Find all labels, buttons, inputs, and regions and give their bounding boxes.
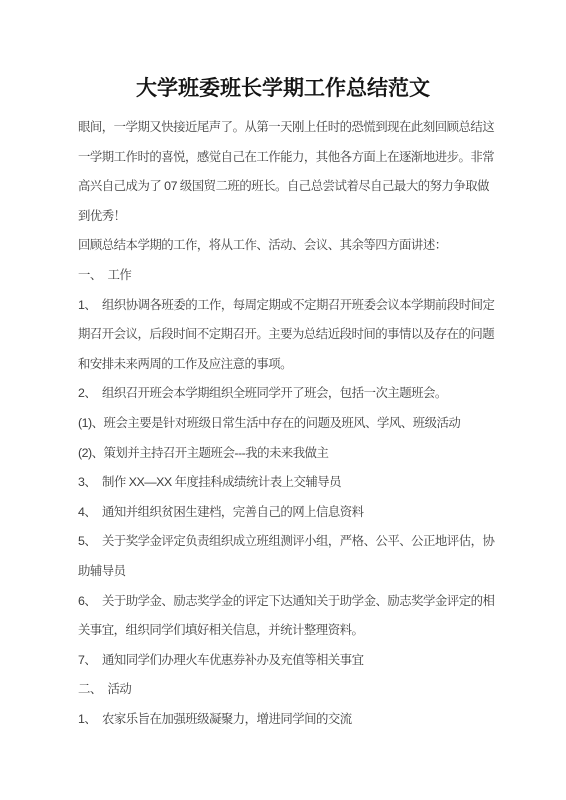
doc-line: 1、 组织协调各班委的工作，每周定期或不定期召开班委会议本学期前段时间定 bbox=[78, 291, 518, 321]
doc-line: 和安排未来两周的工作及应注意的事项。 bbox=[78, 350, 518, 380]
doc-line: 高兴自己成为了 07 级国贸二班的班长。自己总尝试着尽自己最大的努力争取做 bbox=[78, 172, 518, 202]
doc-line: 助辅导员 bbox=[78, 557, 518, 587]
document-body: 眼间，一学期又快接近尾声了。从第一天刚上任时的恐慌到现在此刻回顾总结这 一学期工… bbox=[78, 113, 518, 734]
doc-section-heading: 一、 工作 bbox=[78, 261, 518, 291]
doc-line: 6、 关于助学金、励志奖学金的评定下达通知关于助学金、励志奖学金评定的相 bbox=[78, 587, 518, 617]
doc-line: 4、 通知并组织贫困生建档，完善自己的网上信息资料 bbox=[78, 498, 518, 528]
doc-line: 回顾总结本学期的工作，将从工作、活动、会议、其余等四方面讲述： bbox=[78, 231, 518, 261]
doc-line: (2)、策划并主持召开主题班会---我的未来我做主 bbox=[78, 439, 518, 469]
doc-line: 一学期工作时的喜悦，感觉自己在工作能力，其他各方面上在逐渐地进步。非常 bbox=[78, 143, 518, 173]
doc-line: 5、 关于奖学金评定负责组织成立班组测评小组，严格、公平、公正地评估，协 bbox=[78, 527, 518, 557]
doc-section-heading: 二、 活动 bbox=[78, 675, 518, 705]
doc-line: (1)、班会主要是针对班级日常生活中存在的问题及班风、学风、班级活动 bbox=[78, 409, 518, 439]
doc-line: 眼间，一学期又快接近尾声了。从第一天刚上任时的恐慌到现在此刻回顾总结这 bbox=[78, 113, 518, 143]
doc-line: 到优秀！ bbox=[78, 202, 518, 232]
doc-line: 7、 通知同学们办理火车优惠券补办及充值等相关事宜 bbox=[78, 646, 518, 676]
page-title: 大学班委班长学期工作总结范文 bbox=[0, 72, 566, 102]
document-page: 大学班委班长学期工作总结范文 眼间，一学期又快接近尾声了。从第一天刚上任时的恐慌… bbox=[0, 0, 566, 800]
doc-line: 关事宜，组织同学们填好相关信息，并统计整理资料。 bbox=[78, 616, 518, 646]
doc-line: 期召开会议，后段时间不定期召开。主要为总结近段时间的事情以及存在的问题 bbox=[78, 320, 518, 350]
doc-line: 1、 农家乐旨在加强班级凝聚力，增进同学间的交流 bbox=[78, 705, 518, 735]
doc-line: 2、 组织召开班会本学期组织全班同学开了班会，包括一次主题班会。 bbox=[78, 379, 518, 409]
doc-line: 3、 制作 XX—XX 年度挂科成绩统计表上交辅导员 bbox=[78, 468, 518, 498]
